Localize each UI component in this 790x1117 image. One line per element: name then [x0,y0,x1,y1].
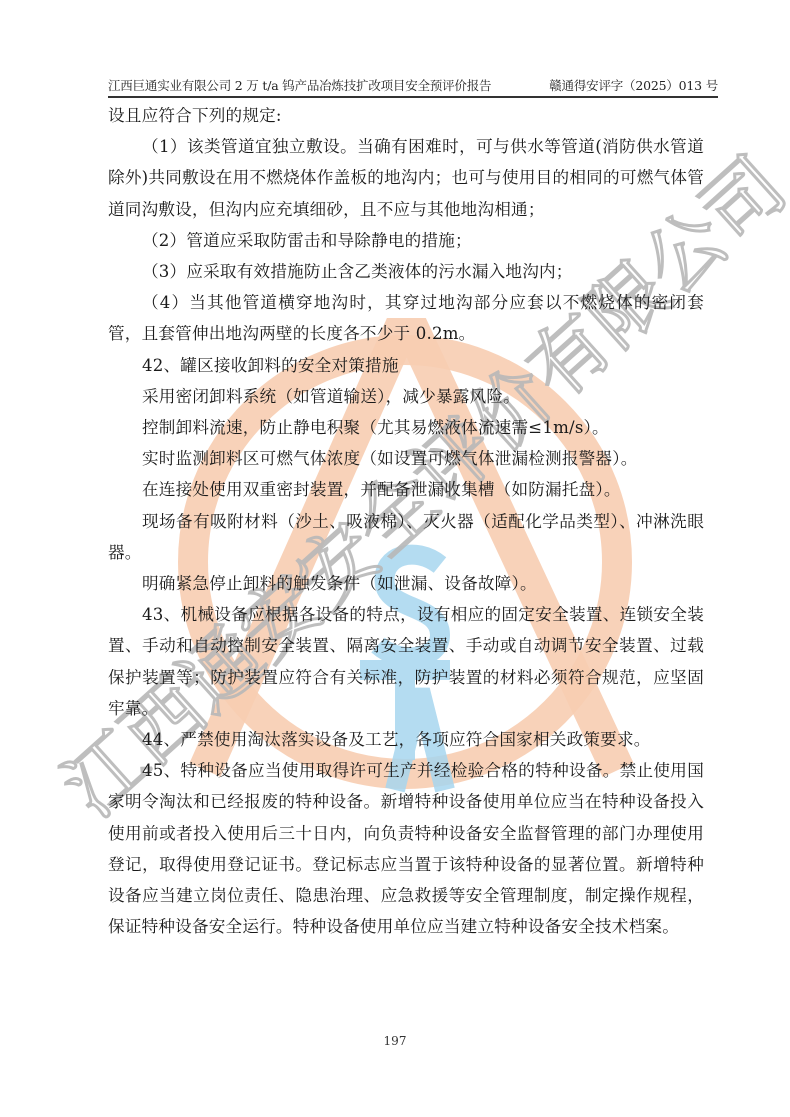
paragraph-item-44: 44、严禁使用淘汰落实设备及工艺，各项应符合国家相关政策要求。 [108,724,704,755]
document-body: 设且应符合下列的规定: （1）该类管道宜独立敷设。当确有困难时，可与供水等管道(… [108,100,704,942]
page-header: 江西巨通实业有限公司 2 万 t/a 钨产品冶炼技扩改项目安全预评价报告 赣通得… [108,70,718,98]
paragraph: （1）该类管道宜独立敷设。当确有困难时，可与供水等管道(消防供水管道除外)共同敷… [108,131,704,225]
paragraph: 在连接处使用双重密封装置，并配备泄漏收集槽（如防漏托盘）。 [108,474,704,505]
paragraph: 采用密闭卸料系统（如管道输送），减少暴露风险。 [108,381,704,412]
page-number: 197 [0,1034,790,1048]
paragraph: 控制卸料流速，防止静电积聚（尤其易燃液体流速需≤1m/s）。 [108,412,704,443]
paragraph: 设且应符合下列的规定: [108,100,704,131]
header-report-title: 江西巨通实业有限公司 2 万 t/a 钨产品冶炼技扩改项目安全预评价报告 [108,76,491,94]
paragraph: 现场备有吸附材料（沙土、吸液棉）、灭火器（适配化学品类型）、冲淋洗眼器。 [108,506,704,568]
paragraph: 实时监测卸料区可燃气体浓度（如设置可燃气体泄漏检测报警器）。 [108,443,704,474]
paragraph-item-43: 43、机械设备应根据各设备的特点，设有相应的固定安全装置、连锁安全装置、手动和自… [108,599,704,724]
paragraph: （3）应采取有效措施防止含乙类液体的污水漏入地沟内； [108,256,704,287]
paragraph: 明确紧急停止卸料的触发条件（如泄漏、设备故障）。 [108,568,704,599]
paragraph-item-45: 45、特种设备应当使用取得许可生产并经检验合格的特种设备。禁止使用国家明令淘汰和… [108,755,704,942]
paragraph: （4）当其他管道横穿地沟时，其穿过地沟部分应套以不燃烧体的密闭套管，且套管伸出地… [108,287,704,349]
section-heading-42: 42、罐区接收卸料的安全对策措施 [108,350,704,381]
header-document-number: 赣通得安评字（2025）013 号 [549,76,718,94]
paragraph: （2）管道应采取防雷击和导除静电的措施； [108,225,704,256]
